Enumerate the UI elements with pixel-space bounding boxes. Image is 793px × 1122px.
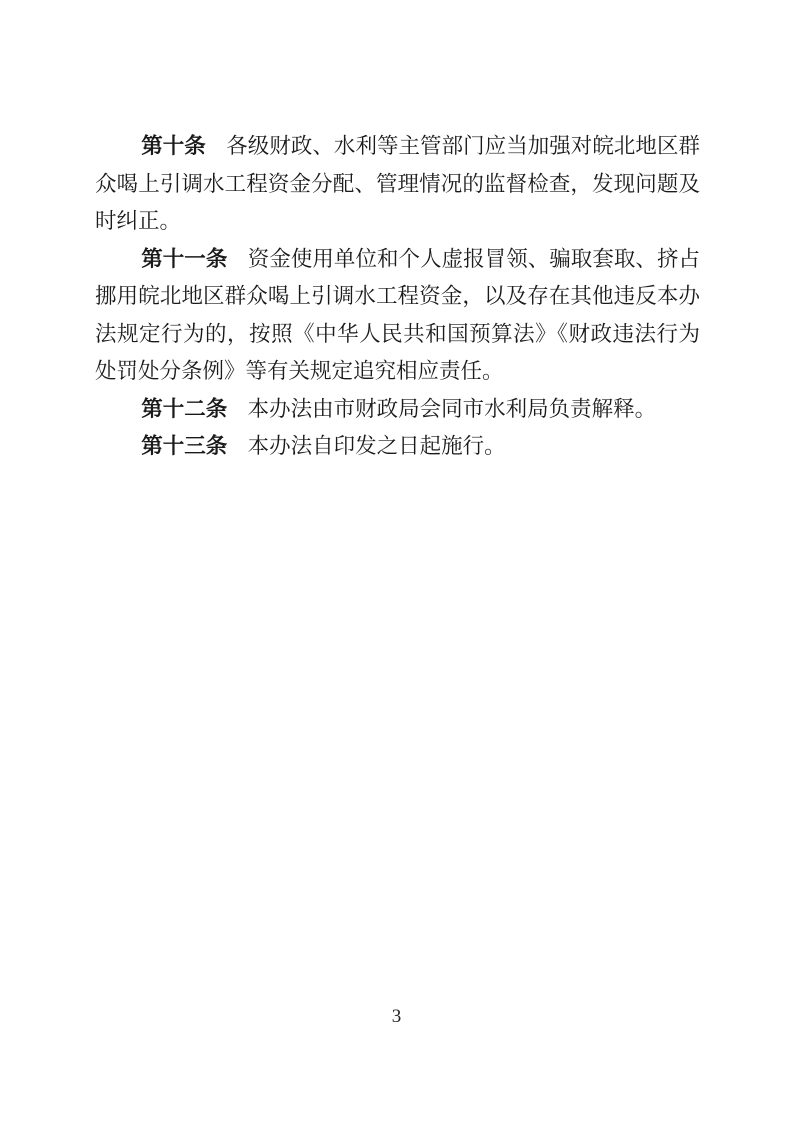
article-11-paragraph: 第十一条资金使用单位和个人虚报冒领、骗取套取、挤占挪用皖北地区群众喝上引调水工程… [95, 241, 700, 391]
document-page: 第十条各级财政、水利等主管部门应当加强对皖北地区群众喝上引调水工程资金分配、管理… [0, 0, 793, 1122]
document-body: 第十条各级财政、水利等主管部门应当加强对皖北地区群众喝上引调水工程资金分配、管理… [95, 128, 700, 466]
article-13-label: 第十三条 [141, 434, 227, 458]
article-10-label: 第十条 [141, 134, 206, 158]
page-number: 3 [0, 1004, 793, 1030]
article-12-text: 本办法由市财政局会同市水利局负责解释。 [248, 397, 657, 421]
article-13-paragraph: 第十三条本办法自印发之日起施行。 [95, 428, 700, 466]
article-10-paragraph: 第十条各级财政、水利等主管部门应当加强对皖北地区群众喝上引调水工程资金分配、管理… [95, 128, 700, 241]
article-12-label: 第十二条 [141, 397, 227, 421]
article-13-text: 本办法自印发之日起施行。 [248, 434, 506, 458]
article-12-paragraph: 第十二条本办法由市财政局会同市水利局负责解释。 [95, 391, 700, 429]
article-11-label: 第十一条 [141, 247, 227, 271]
